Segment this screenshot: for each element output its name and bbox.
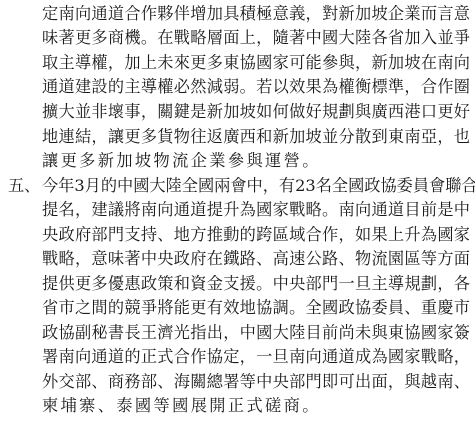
text-line: 柬埔寨、泰國等國展開正式磋商。: [42, 395, 470, 417]
text-line: 定南向通道合作夥伴增加具積極意義，對新加坡企業而言意: [42, 3, 470, 25]
text-line: 擴大並非壞事，關鍵是新加坡如何做好規劃與廣西港口更好: [42, 101, 470, 123]
text-line: 央政府部門支持、地方推動的跨區域合作，如果上升為國家: [42, 224, 470, 246]
text-line: 通道建設的主導權必然減弱。若以效果為權衡標準，合作圈: [42, 76, 470, 98]
text-line: 省市之間的競爭將能更有效地協調。全國政協委員、重慶市: [42, 297, 470, 319]
text-line: 地連結，讓更多貨物往返廣西和新加坡並分散到東南亞，也: [42, 126, 470, 148]
text-line: 署南向通道的正式合作協定，一旦南向通道成為國家戰略，: [42, 346, 470, 368]
text-line: 政協副秘書長王濟光指出，中國大陸目前尚未與東協國家簽: [42, 322, 470, 344]
text-line: 讓更多新加坡物流企業參與運營。: [42, 150, 470, 172]
text-line: 外交部、商務部、海關總署等中央部門即可出面，與越南、: [42, 371, 470, 393]
list-marker: 五、: [8, 175, 42, 197]
text-line: 味著更多商機。在戰略層面上，隨著中國大陸各省加入並爭: [42, 27, 470, 49]
document-page: 定南向通道合作夥伴增加具積極意義，對新加坡企業而言意 味著更多商機。在戰略層面上…: [0, 0, 475, 427]
text-line: 戰略，意味著中央政府在鐵路、高速公路、物流園區等方面: [42, 248, 470, 270]
text-line: 今年3月的中國大陸全國兩會中，有23名全國政協委員會聯合: [42, 175, 470, 197]
text-line: 提供更多優惠政策和資金支援。中央部門一旦主導規劃，各: [42, 273, 470, 295]
text-line: 取主導權，加上未來更多東協國家可能參與，新加坡在南向: [42, 52, 470, 74]
text-line: 提名，建議將南向通道提升為國家戰略。南向通道目前是中: [42, 199, 470, 221]
